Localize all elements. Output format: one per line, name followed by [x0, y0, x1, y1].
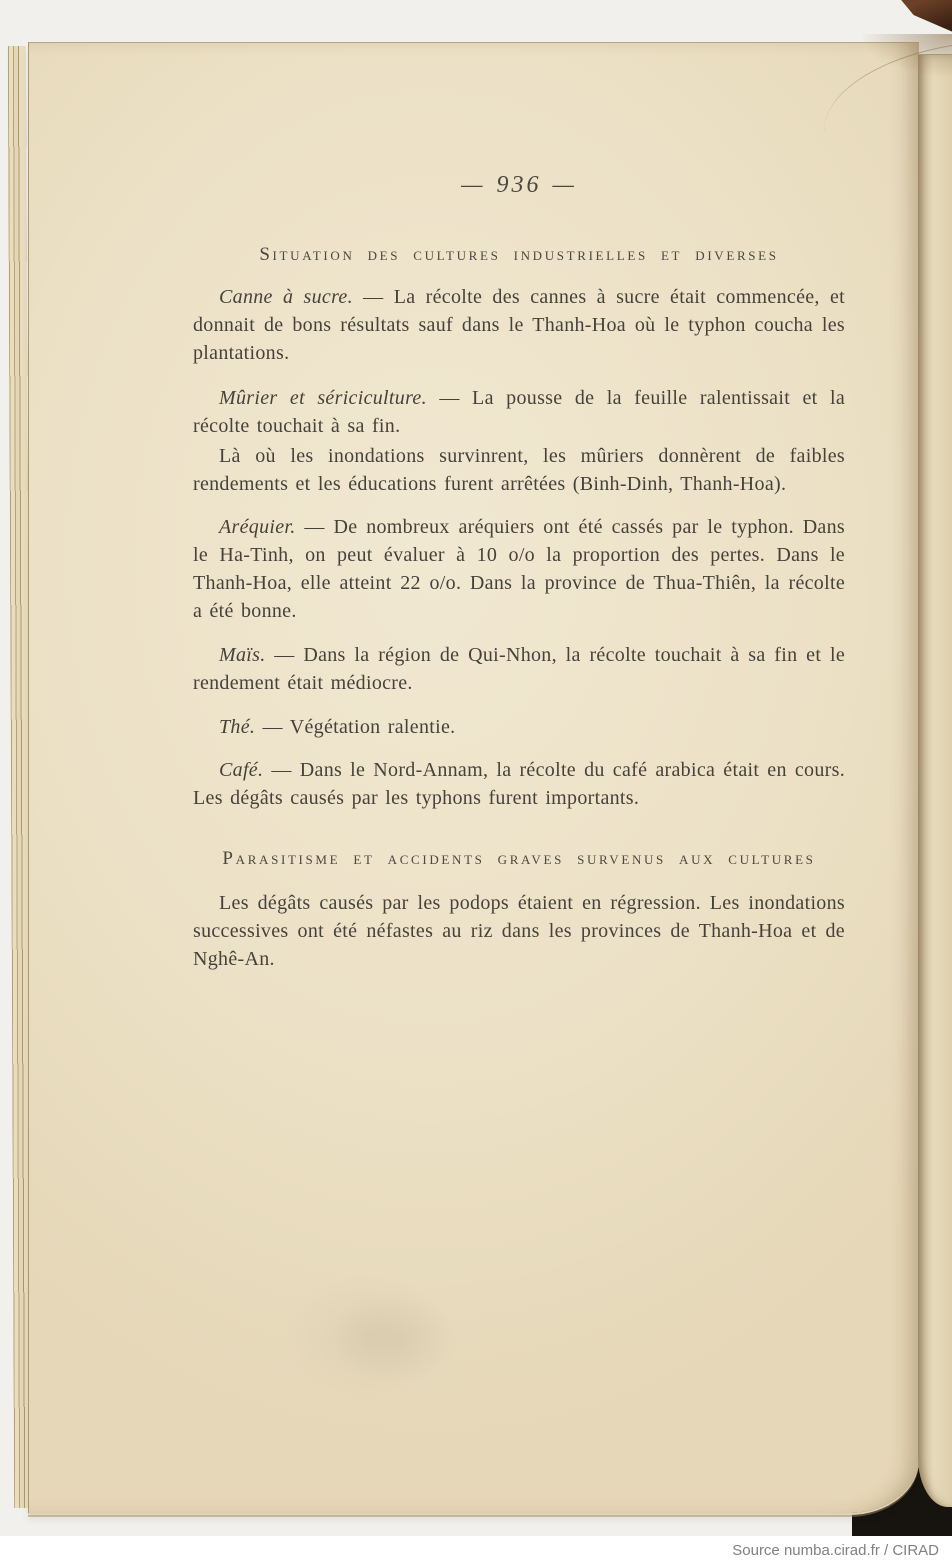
attribution-bar: Source numba.cirad.fr / CIRAD	[0, 1536, 952, 1566]
lead-the: Thé.	[219, 716, 255, 738]
lead-canne-a-sucre: Canne à sucre.	[219, 286, 353, 308]
paragraph-body: — Dans la région de Qui-Nhon, la récolte…	[193, 644, 845, 694]
page-content: — 936 — Situation des cultures industrie…	[193, 42, 845, 973]
paper-smudge	[330, 1290, 460, 1385]
paragraph-inondations-muriers: Là où les inondations survinrent, les mû…	[193, 442, 845, 498]
page-number: — 936 —	[193, 170, 845, 200]
lead-arequier: Aréquier.	[219, 516, 296, 538]
lead-cafe: Café.	[219, 759, 263, 781]
lead-mais: Maïs.	[219, 644, 266, 666]
paragraph-body: — Dans le Nord-Annam, la récolte du café…	[193, 759, 845, 809]
paragraph-canne-a-sucre: Canne à sucre. — La récolte des cannes à…	[193, 283, 845, 367]
facing-page-sliver	[918, 54, 952, 1507]
paragraph-mais: Maïs. — Dans la région de Qui-Nhon, la r…	[193, 641, 845, 697]
lead-murier: Mûrier et sériciculture.	[219, 387, 427, 409]
heading-parasitisme: Parasitisme et accidents graves survenus…	[193, 846, 845, 872]
paragraph-the: Thé. — Végétation ralentie.	[193, 713, 845, 741]
heading-cultures-industrielles: Situation des cultures industrielles et …	[193, 242, 845, 268]
paragraph-arequier: Aréquier. — De nombreux aréquiers ont ét…	[193, 513, 845, 625]
paragraph-cafe: Café. — Dans le Nord-Annam, la récolte d…	[193, 756, 845, 812]
paragraph-body: Là où les inondations survinrent, les mû…	[193, 445, 845, 495]
source-attribution: Source numba.cirad.fr / CIRAD	[732, 1542, 939, 1559]
paragraph-body: — Végétation ralentie.	[255, 716, 455, 738]
paragraph-parasitisme: Les dégâts causés par les podops étaient…	[193, 889, 845, 973]
paragraph-body: Les dégâts causés par les podops étaient…	[193, 892, 845, 970]
scan-viewer: — 936 — Situation des cultures industrie…	[0, 0, 952, 1566]
paragraph-murier-sericiculture: Mûrier et sériciculture. — La pousse de …	[193, 384, 845, 440]
